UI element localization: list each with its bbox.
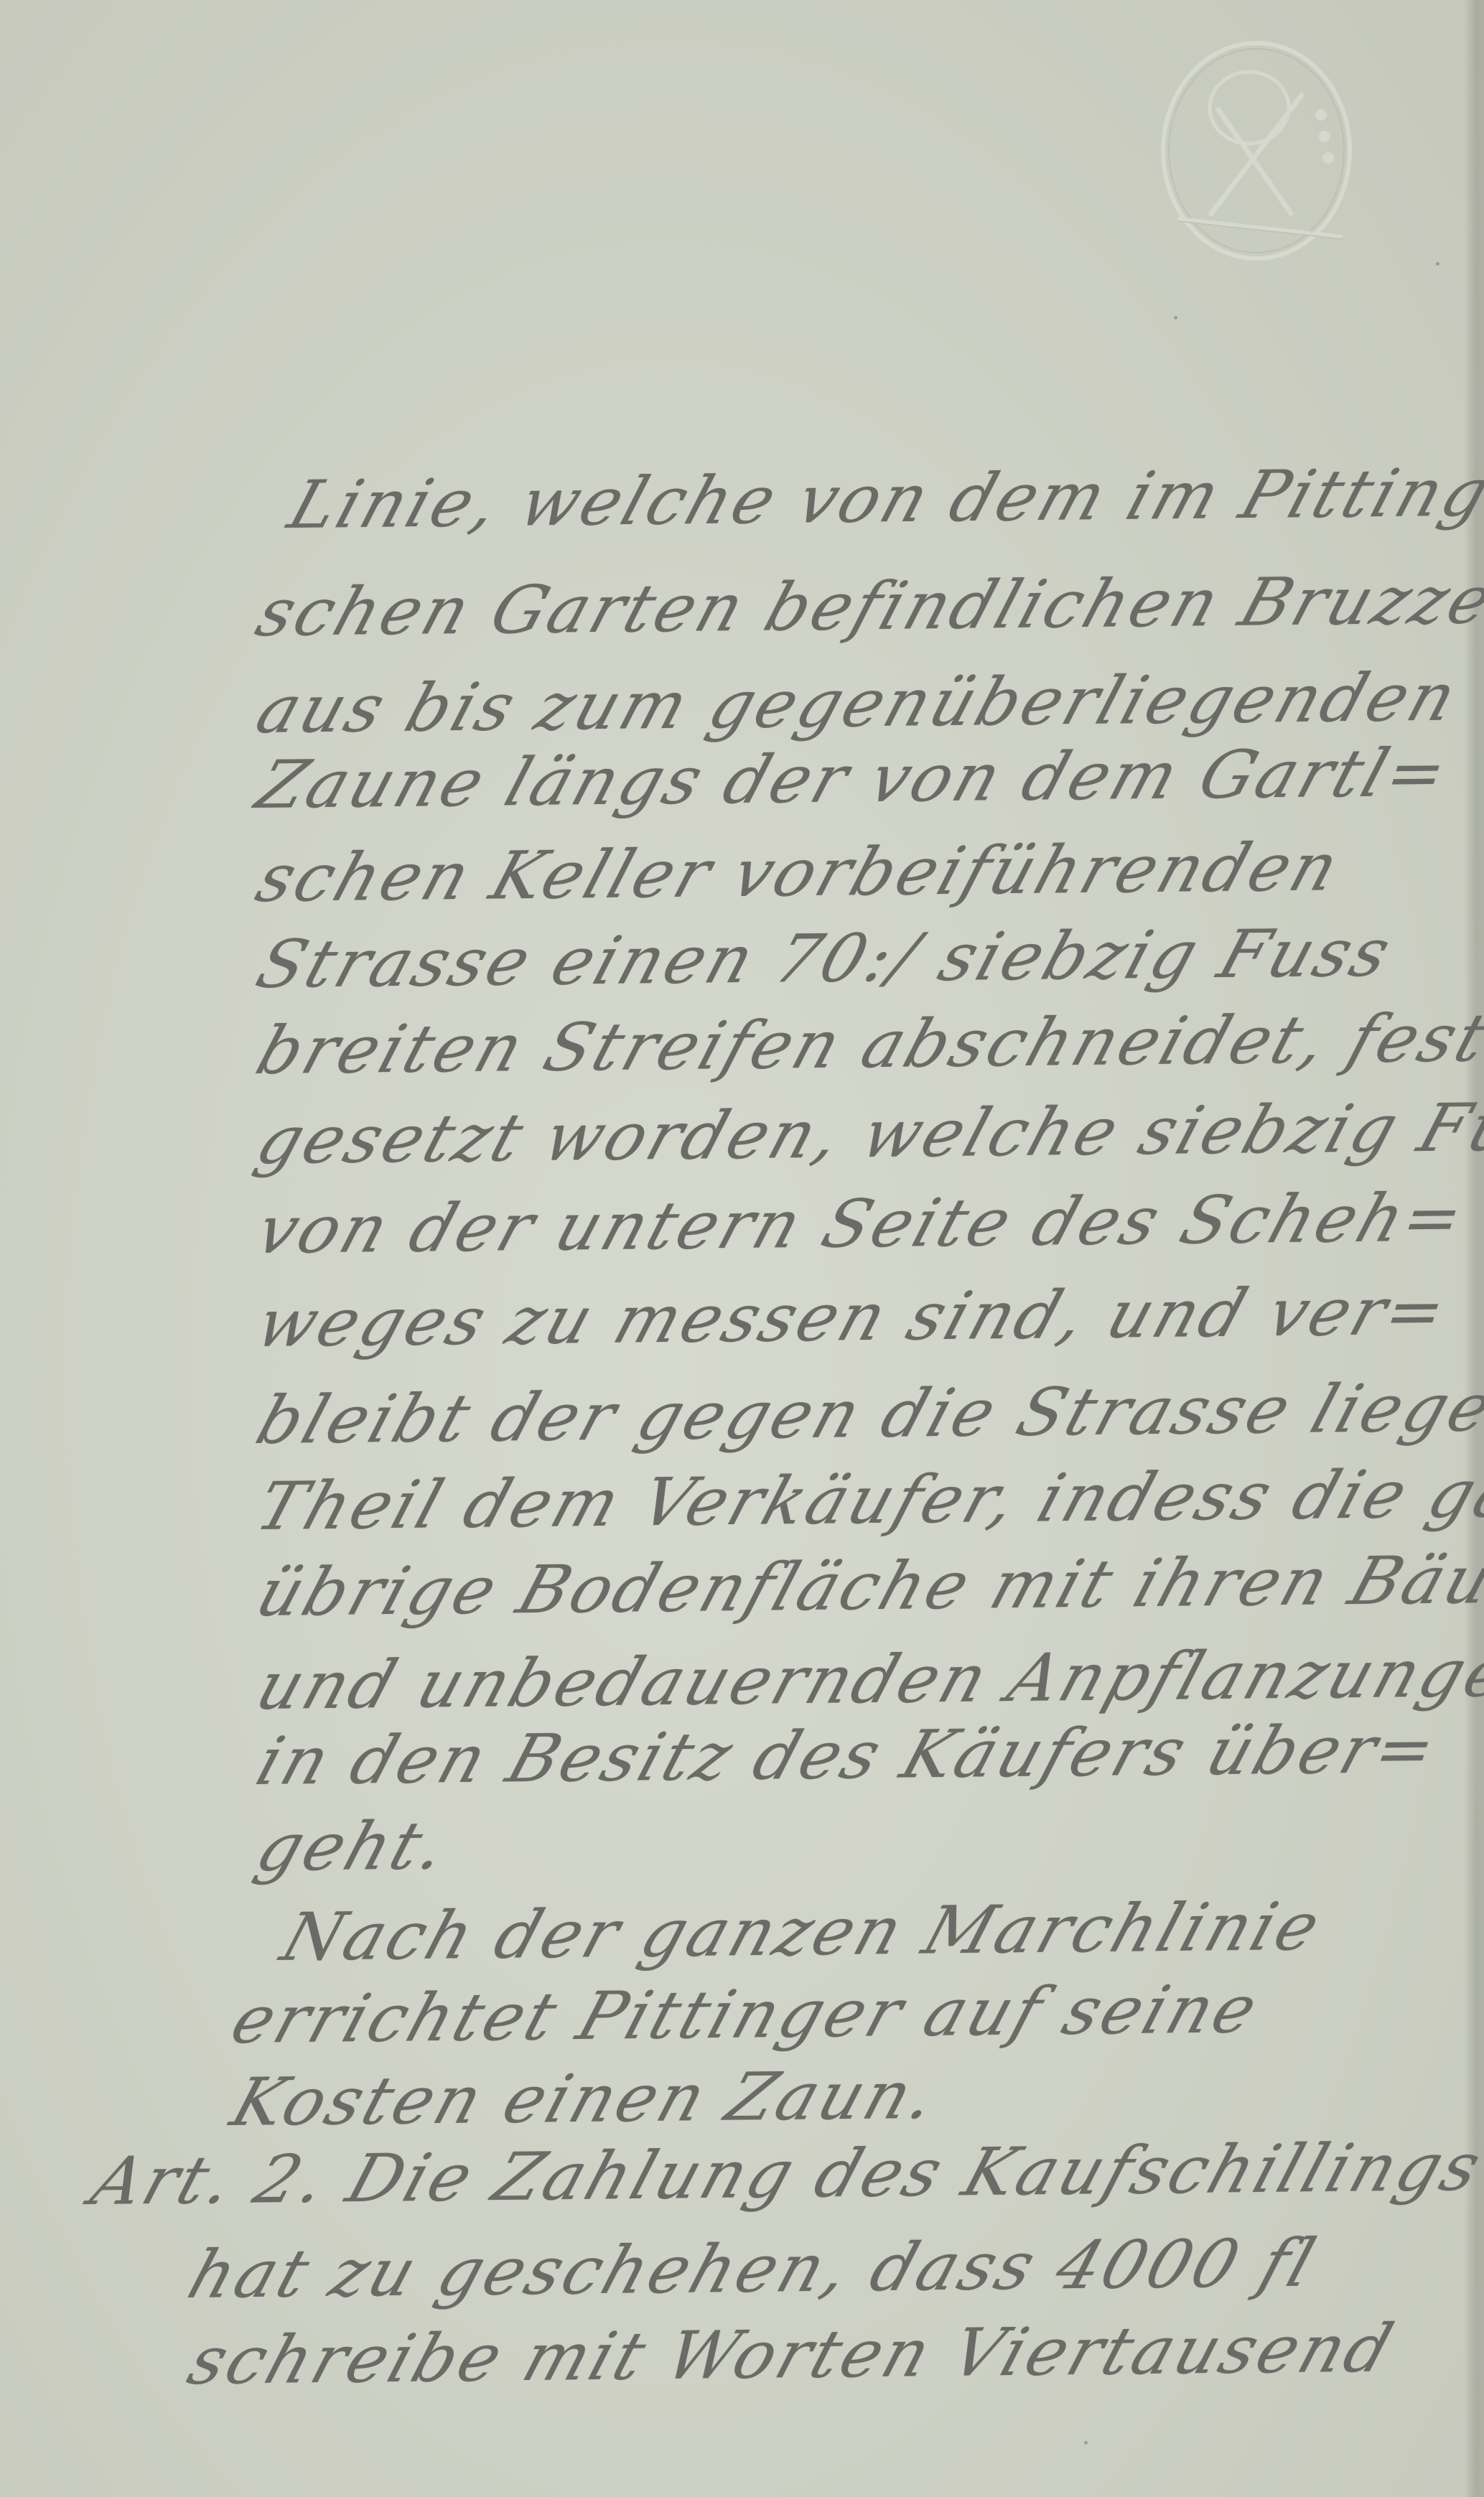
text-line: schen Garten befindlichen Bruzzelle xyxy=(248,561,1484,651)
text-line: Nach der ganzen Marchlinie xyxy=(273,1888,1332,1976)
paper-speck xyxy=(1084,2441,1088,2445)
handwritten-text: Linie, welche von dem im Pittinger= sche… xyxy=(0,0,1484,2497)
text-line: hat zu geschehen, dass 4000 fl xyxy=(179,2225,1327,2313)
text-line: aus bis zum gegenüberliegenden xyxy=(248,659,1468,748)
text-line: schen Keller vorbeiführenden xyxy=(248,829,1350,917)
text-line: in den Besitz des Käufers über= xyxy=(248,1711,1447,1800)
article-heading-line: Art. 2. Die Zahlung des Kaufschillings xyxy=(83,2129,1484,2220)
text-line: Strasse einen 70:/ siebzig Fuss xyxy=(248,915,1402,1003)
text-line: breiten Streifen abschneidet, fest= xyxy=(248,999,1484,1089)
text-line: Zaune längs der von dem Gartl= xyxy=(248,734,1459,823)
text-line: gesetzt worden, welche siebzig Fuss xyxy=(248,1088,1484,1179)
text-line: Linie, welche von dem im Pittinger= xyxy=(280,453,1484,543)
text-line: geht. xyxy=(248,1807,458,1886)
text-line: errichtet Pittinger auf seine xyxy=(223,1971,1269,2058)
text-line: schreibe mit Worten Viertausend xyxy=(179,2310,1404,2399)
text-line: von der untern Seite des Scheh= xyxy=(248,1180,1475,1269)
text-line: Theil dem Verkäufer, indess die ganze xyxy=(248,1454,1484,1545)
text-line: bleibt der gegen die Strasse liegende xyxy=(248,1368,1484,1459)
manuscript-page: Linie, welche von dem im Pittinger= sche… xyxy=(0,0,1484,2497)
paper-speck xyxy=(1436,262,1439,266)
text-line: Kosten einen Zaun. xyxy=(223,2057,948,2141)
paper-speck xyxy=(1174,316,1177,319)
text-line: und unbedauernden Anpflanzungen xyxy=(248,1634,1484,1724)
text-line: übrige Bodenfläche mit ihren Bäumen xyxy=(248,1540,1484,1631)
text-line: weges zu messen sind, und ver= xyxy=(248,1273,1458,1362)
